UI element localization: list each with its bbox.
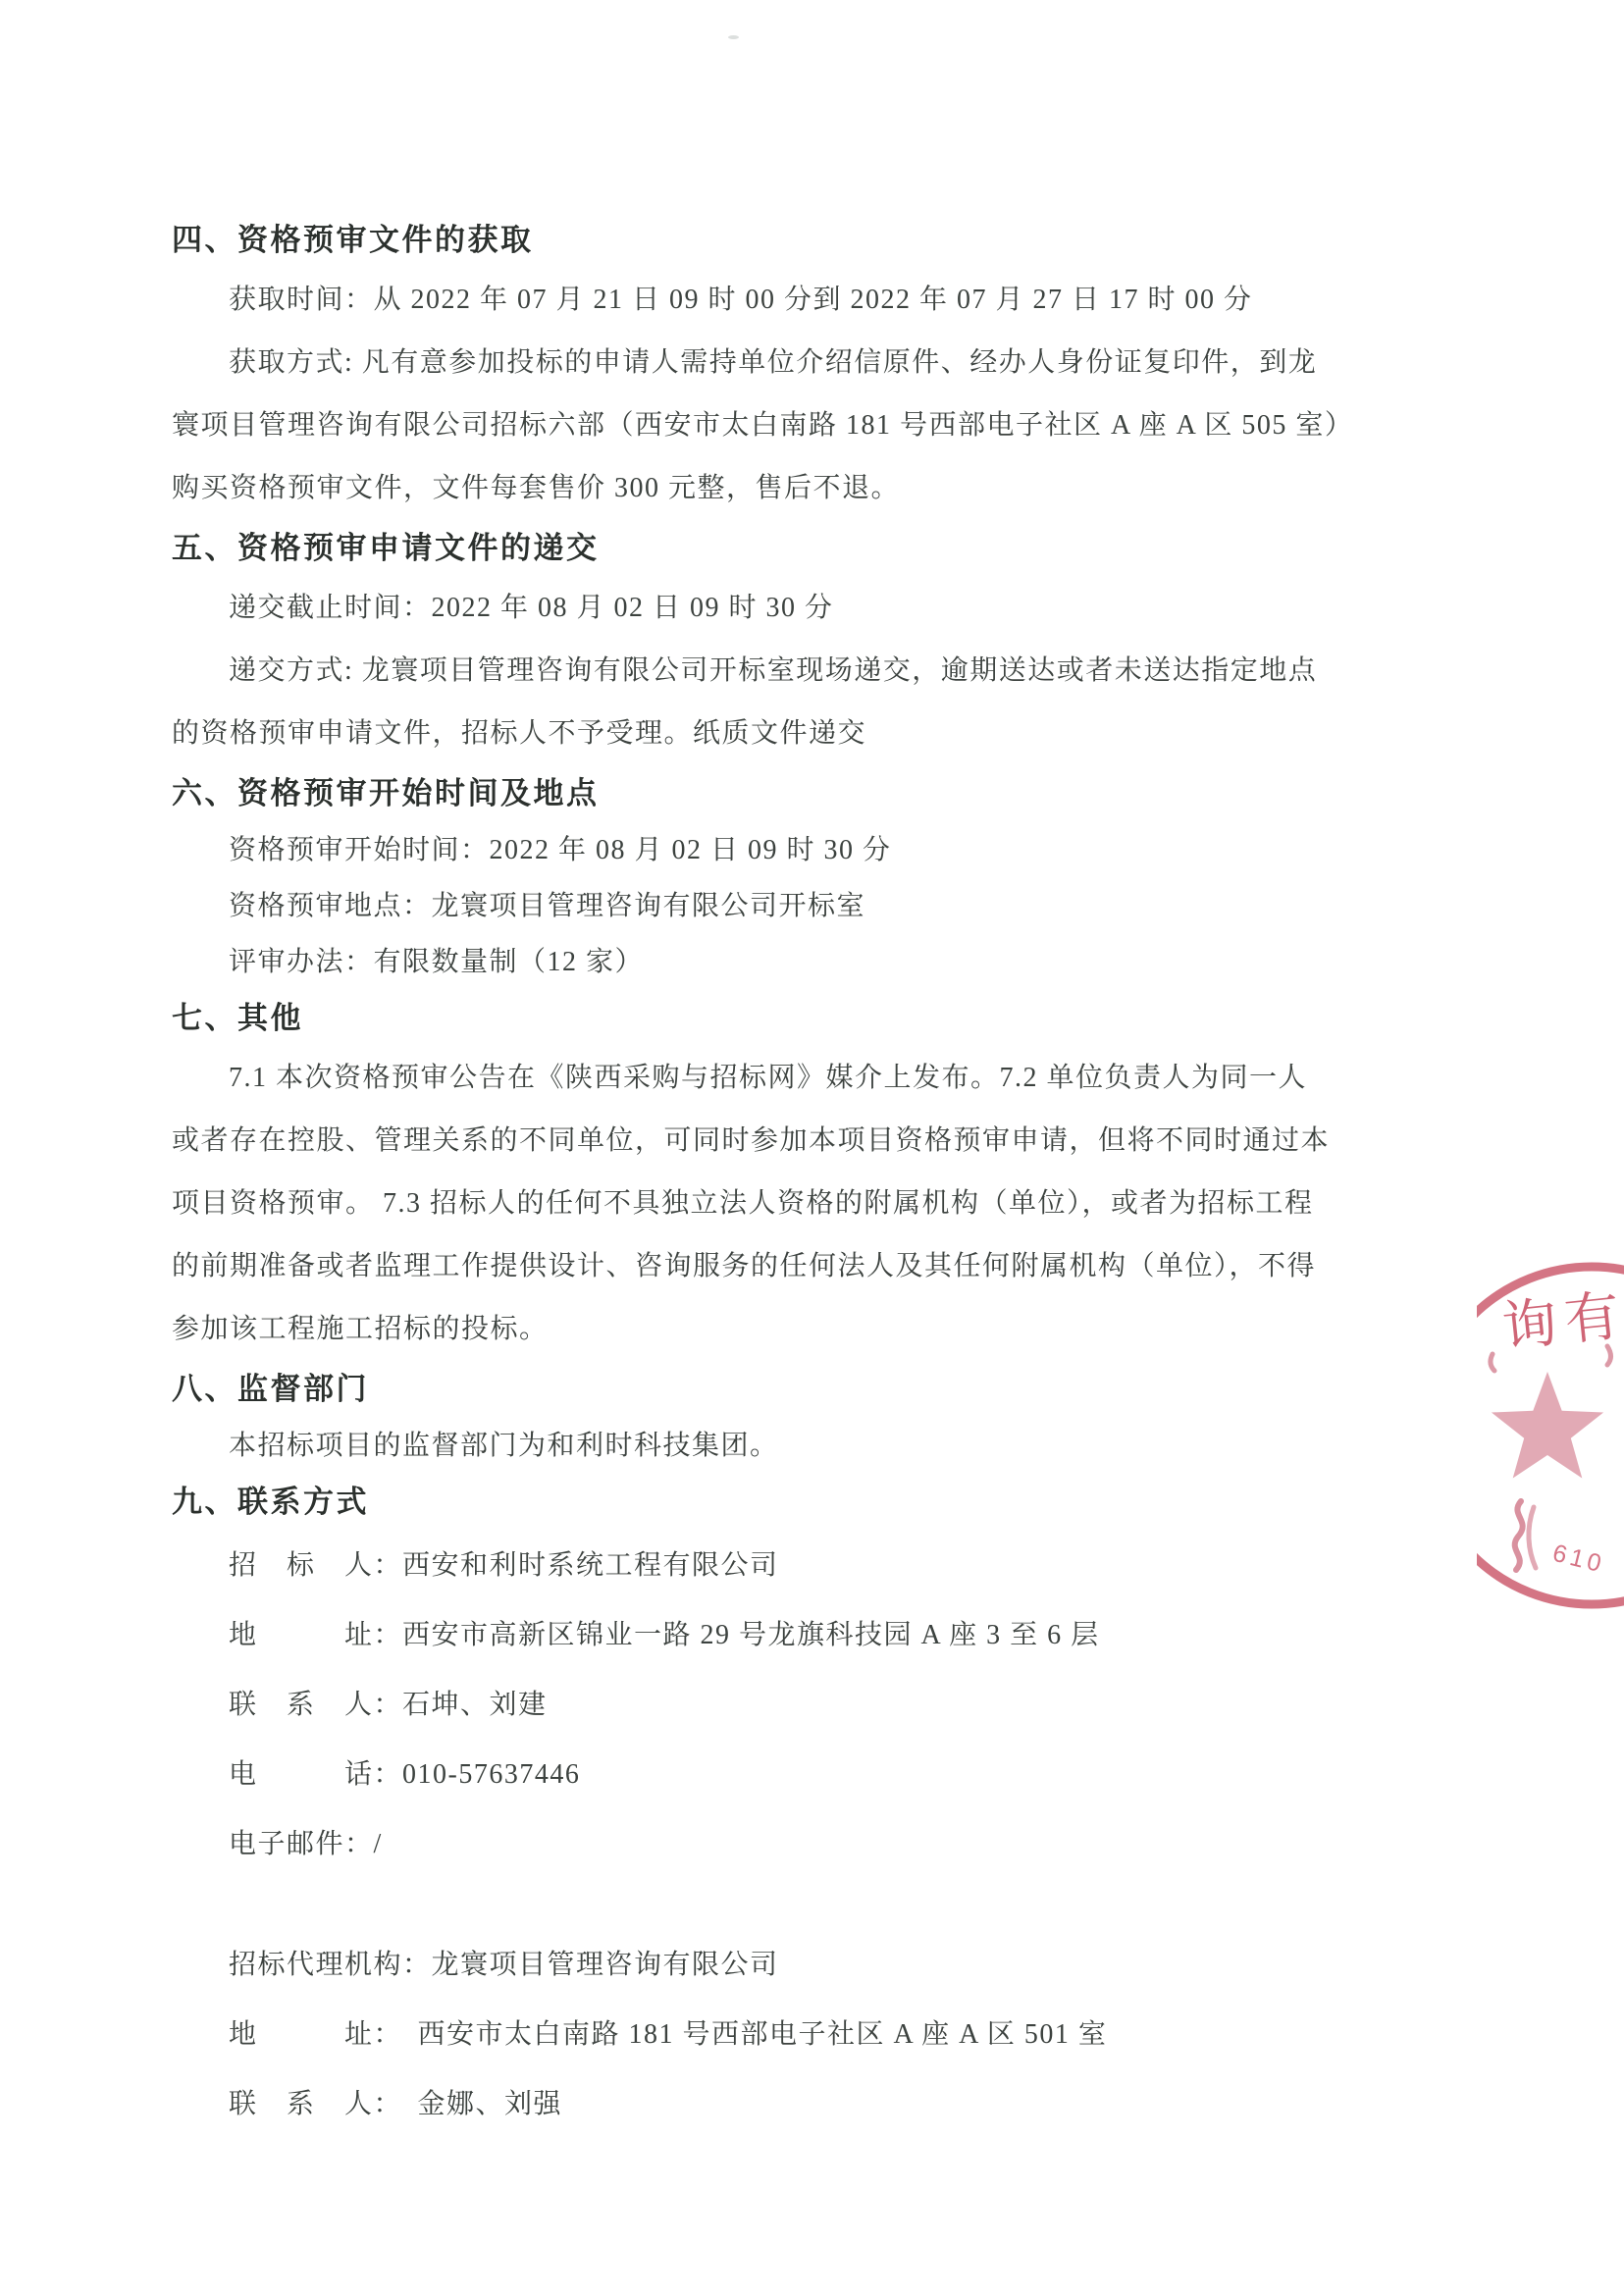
official-stamp: 询有 610	[1477, 1244, 1624, 1627]
stamp-star-icon	[1492, 1372, 1603, 1479]
text-line: 或者存在控股、管理关系的不同单位，可同时参加本项目资格预审申请，但将不同时通过本	[172, 1110, 1393, 1173]
text-line: 地 址：西安市高新区锦业一路 29 号龙旗科技园 A 座 3 至 6 层	[172, 1600, 1393, 1670]
text-line: 招标代理机构：龙寰项目管理咨询有限公司	[172, 1930, 1393, 2000]
text-line: 联 系 人：石坤、刘建	[172, 1670, 1393, 1740]
text-line: 地 址： 西安市太白南路 181 号西部电子社区 A 座 A 区 501 室	[172, 2000, 1393, 2069]
text-line: 本招标项目的监督部门为和利时科技集团。	[172, 1418, 1393, 1474]
section-heading: 四、资格预审文件的获取	[172, 212, 1393, 269]
text-line: 参加该工程施工招标的投标。	[172, 1298, 1393, 1361]
text-line: 寰项目管理咨询有限公司招标六部（西安市太白南路 181 号西部电子社区 A 座 …	[172, 394, 1393, 457]
stamp-number: 610	[1550, 1539, 1608, 1579]
document-body: 四、资格预审文件的获取获取时间：从 2022 年 07 月 21 日 09 时 …	[172, 212, 1393, 2139]
text-line: 资格预审地点：龙寰项目管理咨询有限公司开标室	[172, 878, 1393, 934]
text-line: 电子邮件：/	[172, 1809, 1393, 1879]
section-heading: 五、资格预审申请文件的递交	[172, 520, 1393, 577]
text-line: 招 标 人：西安和利时系统工程有限公司	[172, 1531, 1393, 1600]
stamp-ink-mark-right	[1607, 1346, 1611, 1365]
stamp-ink-mark-left	[1491, 1354, 1494, 1371]
text-line: 的前期准备或者监理工作提供设计、咨询服务的任何法人及其任何附属机构（单位），不得	[172, 1235, 1393, 1298]
document-page: 四、资格预审文件的获取获取时间：从 2022 年 07 月 21 日 09 时 …	[0, 0, 1624, 2296]
text-line: 的资格预审申请文件，招标人不予受理。纸质文件递交	[172, 703, 1393, 765]
stamp-partial-glyph-stroke	[1529, 1507, 1536, 1568]
scan-artifact	[728, 35, 739, 39]
stamp-graphic: 询有 610	[1477, 1244, 1624, 1627]
text-line: 评审办法：有限数量制（12 家）	[172, 934, 1393, 990]
stamp-partial-glyph	[1515, 1501, 1523, 1570]
text-line: 电 话：010-57637446	[172, 1740, 1393, 1809]
text-line: 购买资格预审文件，文件每套售价 300 元整，售后不退。	[172, 457, 1393, 520]
section-heading: 七、其他	[172, 990, 1393, 1047]
stamp-circle-border	[1477, 1267, 1624, 1604]
text-line: 递交截止时间：2022 年 08 月 02 日 09 时 30 分	[172, 577, 1393, 640]
text-line: 7.1 本次资格预审公告在《陕西采购与招标网》媒介上发布。7.2 单位负责人为同…	[172, 1047, 1393, 1110]
text-line: 联 系 人： 金娜、刘强	[172, 2069, 1393, 2139]
section-heading: 八、监督部门	[172, 1361, 1393, 1418]
stamp-partial-text: 询有	[1499, 1285, 1624, 1359]
text-line: 资格预审开始时间：2022 年 08 月 02 日 09 时 30 分	[172, 822, 1393, 878]
text-line: 递交方式: 龙寰项目管理咨询有限公司开标室现场递交，逾期送达或者未送达指定地点	[172, 640, 1393, 703]
text-line: 项目资格预审。 7.3 招标人的任何不具独立法人资格的附属机构（单位），或者为招…	[172, 1173, 1393, 1235]
section-heading: 九、联系方式	[172, 1474, 1393, 1531]
section-heading: 六、资格预审开始时间及地点	[172, 765, 1393, 822]
text-line: 获取方式: 凡有意参加投标的申请人需持单位介绍信原件、经办人身份证复印件，到龙	[172, 332, 1393, 394]
text-line: 获取时间：从 2022 年 07 月 21 日 09 时 00 分到 2022 …	[172, 269, 1393, 332]
spacer	[172, 1879, 1393, 1930]
